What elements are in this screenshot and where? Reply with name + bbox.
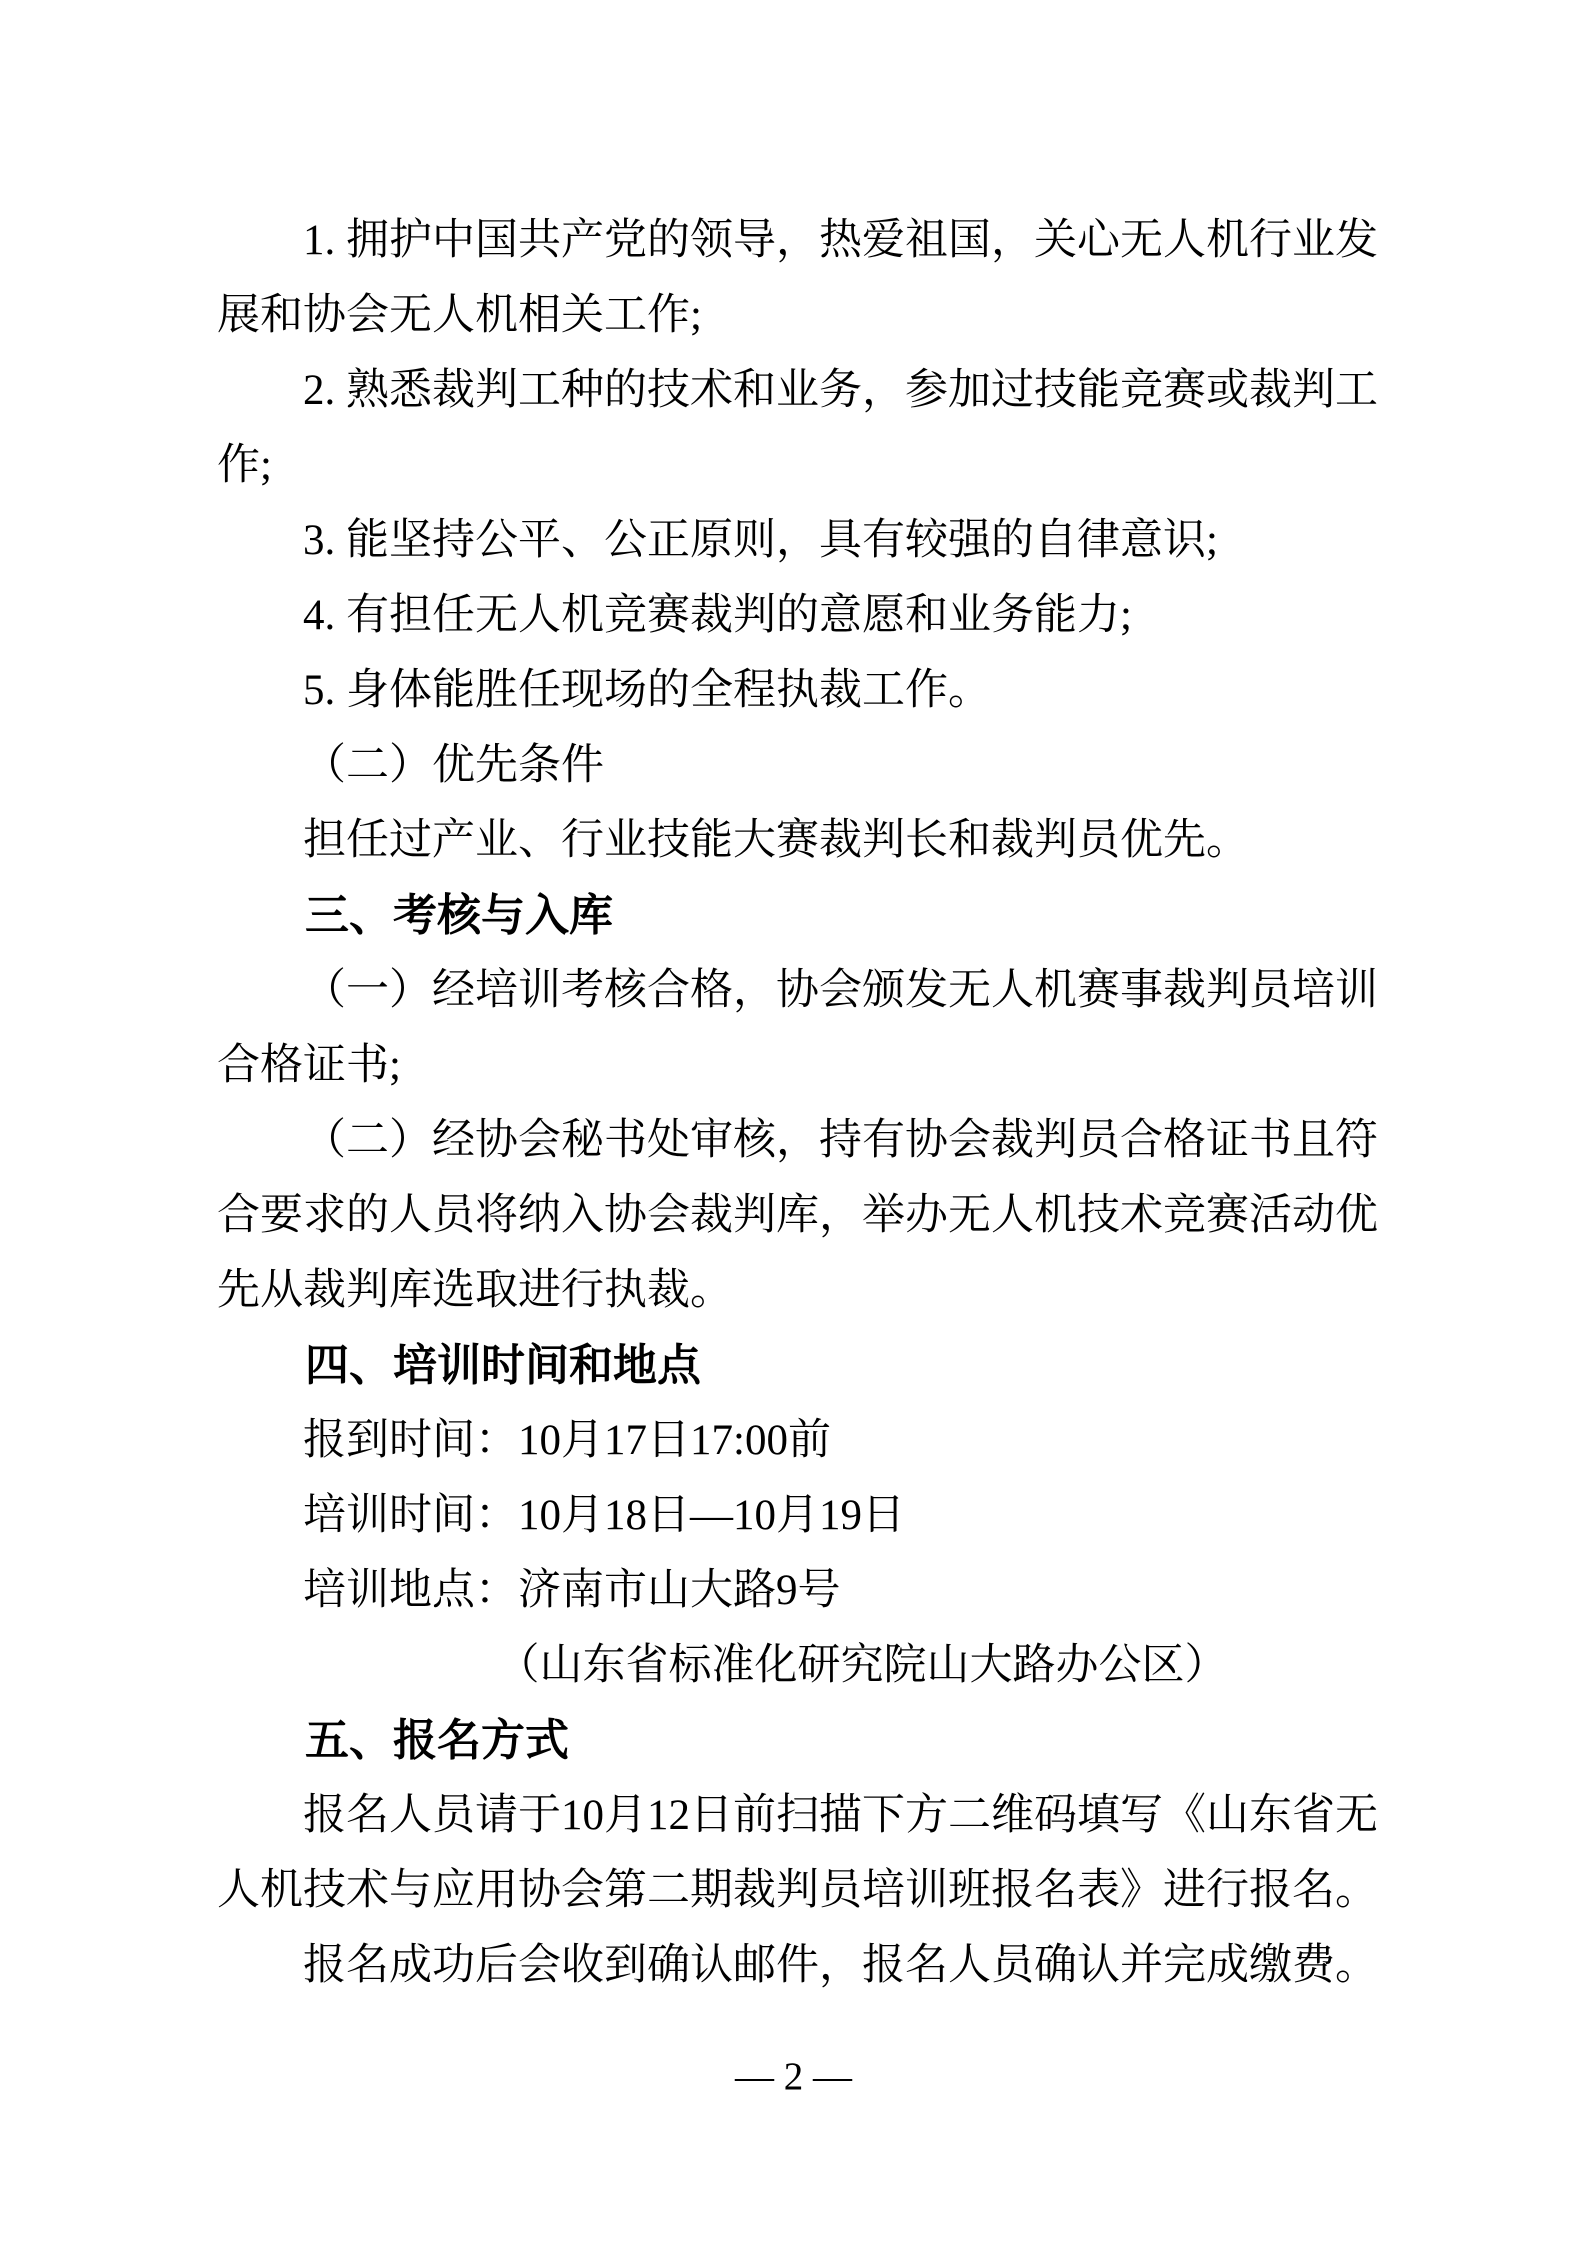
- page-number: — 2 —: [0, 2052, 1587, 2102]
- body-text-line: 作;: [217, 428, 1369, 503]
- body-text-line: 报名人员请于10月12日前扫描下方二维码填写《山东省无: [217, 1778, 1369, 1853]
- body-text-line: 先从裁判库选取进行执裁。: [217, 1253, 1369, 1328]
- body-text-line: 担任过产业、行业技能大赛裁判长和裁判员优先。: [217, 803, 1369, 878]
- body-text-line: 3. 能坚持公平、公正原则，具有较强的自律意识;: [217, 503, 1369, 578]
- body-text-line: 报名成功后会收到确认邮件，报名人员确认并完成缴费。: [217, 1928, 1369, 2003]
- body-text-line: 培训时间：10月18日—10月19日: [217, 1478, 1369, 1553]
- body-text-line: 合格证书;: [217, 1028, 1369, 1103]
- body-text-line: 人机技术与应用协会第二期裁判员培训班报名表》进行报名。: [217, 1853, 1369, 1928]
- section-heading: 五、报名方式: [217, 1703, 1369, 1778]
- body-text-line: 展和协会无人机相关工作;: [217, 278, 1369, 353]
- body-text-line: 报到时间：10月17日17:00前: [217, 1403, 1369, 1478]
- body-text-line: 5. 身体能胜任现场的全程执裁工作。: [217, 653, 1369, 728]
- body-text-line: 4. 有担任无人机竞赛裁判的意愿和业务能力;: [217, 578, 1369, 653]
- body-text-line: （二）经协会秘书处审核，持有协会裁判员合格证书且符: [217, 1103, 1369, 1178]
- document-body: 1. 拥护中国共产党的领导，热爱祖国，关心无人机行业发展和协会无人机相关工作;2…: [217, 203, 1369, 2003]
- section-heading: 三、考核与入库: [217, 878, 1369, 953]
- body-text-line: 合要求的人员将纳入协会裁判库，举办无人机技术竞赛活动优: [217, 1178, 1369, 1253]
- body-text-line: （山东省标准化研究院山大路办公区）: [217, 1628, 1369, 1703]
- body-text-line: （一）经培训考核合格，协会颁发无人机赛事裁判员培训: [217, 953, 1369, 1028]
- body-text-line: （二）优先条件: [217, 728, 1369, 803]
- body-text-line: 2. 熟悉裁判工种的技术和业务，参加过技能竞赛或裁判工: [217, 353, 1369, 428]
- document-page: 1. 拥护中国共产党的领导，热爱祖国，关心无人机行业发展和协会无人机相关工作;2…: [0, 0, 1587, 2245]
- body-text-line: 1. 拥护中国共产党的领导，热爱祖国，关心无人机行业发: [217, 203, 1369, 278]
- body-text-line: 培训地点：济南市山大路9号: [217, 1553, 1369, 1628]
- section-heading: 四、培训时间和地点: [217, 1328, 1369, 1403]
